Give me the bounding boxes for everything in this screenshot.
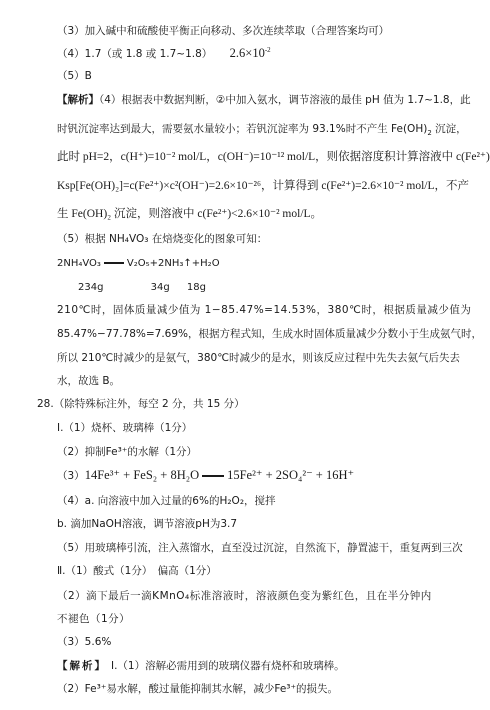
q28-i-1: Ⅰ.（1）烧杯、玻璃棒（1分） bbox=[57, 421, 192, 435]
q27-part5-line-2: 85.47%−77.78%=7.69%，根据方程式知，生成水时固体质量减少分数小… bbox=[57, 327, 482, 341]
q27-answer-4-value: 2.6×10-2 bbox=[230, 46, 271, 60]
q27-answer-4-label: （4）1.7（或 1.8 或 1.7~1.8） bbox=[57, 48, 212, 60]
q27-analysis-line-5: 生 Fe(OH)₂ 沉淀，则溶液中 c(Fe²⁺)<2.6×10⁻² mol/L… bbox=[57, 207, 322, 221]
q28-analysis-line-1: 【解析】Ⅰ.（1）溶解必需用到的玻璃仪器有烧杯和玻璃棒。 bbox=[57, 659, 345, 673]
q28-ii-2-line-1: （2）滴下最后一滴KMnO₄标准溶液时，溶液颜色变为紫红色，且在半分钟内 bbox=[57, 589, 432, 603]
q28-ii-2-line-2: 不褪色（1分） bbox=[57, 612, 130, 626]
q28-i-4a: （4）a. 向溶液中加入过量的6%的H₂O₂，搅拌 bbox=[57, 494, 276, 508]
q27-answer-3: （3）加入碱中和硫酸使平衡正向移动、多次连续萃取（合理答案均可） bbox=[57, 24, 389, 38]
q28-header: 28.（除特殊标注外，每空 2 分，共 15 分） bbox=[37, 397, 245, 411]
q28-i-2: （2）抑制Fe³⁺的水解（1分） bbox=[57, 445, 197, 459]
q28-ii-1: Ⅱ.（1）酸式（1分） 偏高（1分） bbox=[57, 564, 217, 578]
q27-part5-intro: （5）根据 NH₄VO₃ 在焙烧变化的图象可知： bbox=[57, 232, 267, 246]
q27-part5-line-3: 所以 210℃时减少的是氨气，380℃时减少的是水，则该反应过程中先失去氨气后失… bbox=[57, 351, 460, 365]
q27-answer-5: （5）B bbox=[57, 69, 92, 83]
q27-analysis-line-1: 【解析】（4）根据表中数据判断，②中加入氨水，调节溶液的最佳 pH 值为 1.7… bbox=[57, 93, 471, 107]
q27-answer-4: （4）1.7（或 1.8 或 1.7~1.8） 2.6×10-2 bbox=[57, 46, 271, 61]
analysis-tag: 【解析】 bbox=[57, 660, 107, 672]
reaction-equation: 2NH₄VO₃V₂O₅+2NH₃↑+H₂O bbox=[57, 257, 220, 271]
q27-part5-line-1: 210℃时，固体质量减少值为 1−85.47%=14.53%，380℃时，根据质… bbox=[57, 303, 471, 317]
q27-analysis-line-2: 时钒沉淀率达到最大，需要氨水量较小；若钒沉淀率为 93.1%时不产生 Fe(OH… bbox=[57, 122, 467, 136]
q28-i-3: （3）14Fe³⁺ + FeS₂ + 8H₂O15Fe²⁺ + 2SO₄²⁻ +… bbox=[57, 468, 354, 483]
q27-part5-line-4: 水，故选 B。 bbox=[57, 374, 120, 388]
q28-analysis-line-2: （2）Fe³⁺易水解，酸过量能抑制其水解，减少Fe³⁺的损失。 bbox=[57, 682, 338, 696]
reaction-masses: 234g 34g 18g bbox=[78, 281, 206, 295]
q28-i-5: （5）用玻璃棒引流，注入蒸馏水，直至没过沉淀，自然流下，静置滤干，重复两到三次 bbox=[57, 541, 463, 555]
q28-ii-3: （3）5.6% bbox=[57, 635, 111, 649]
equation-arrow bbox=[104, 262, 124, 264]
equation-arrow bbox=[202, 475, 224, 477]
q27-analysis-line-3: 此时 pH=2，c(H⁺)=10⁻² mol/L，c(OH⁻)=10⁻¹² mo… bbox=[57, 150, 490, 164]
analysis-tag: 【解析】 bbox=[57, 94, 99, 106]
q27-analysis-line-4: Ksp[Fe(OH)₂]=c(Fe²⁺)×c²(OH⁻)=2.6×10⁻²⁶，计… bbox=[57, 179, 469, 193]
q28-i-4b: b. 滴加NaOH溶液，调节溶液pH为3.7 bbox=[57, 517, 237, 531]
